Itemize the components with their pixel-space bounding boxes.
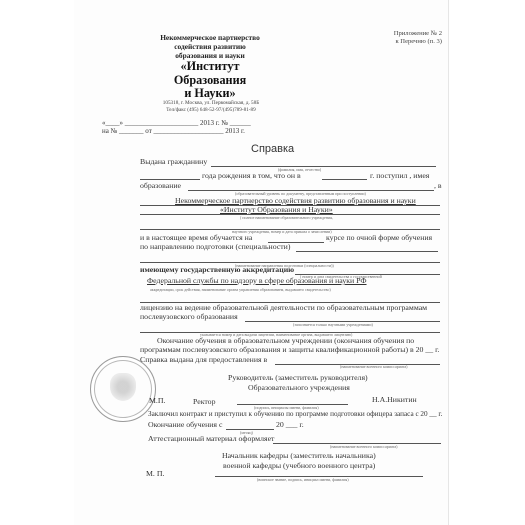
direction-field[interactable] bbox=[296, 251, 438, 252]
org-name-line: Образования bbox=[150, 74, 270, 88]
org-name-line: и Науки» bbox=[150, 87, 270, 101]
org-address: 105318, г. Москва, ул. Первомайская, д. … bbox=[150, 100, 272, 107]
org-phone: Тел/факс (495) 648-52-97/(495)789-81-89 bbox=[150, 107, 272, 114]
entered-text: г. поступил , имея bbox=[370, 171, 429, 180]
completion-line-2: программам послевузовского образования и… bbox=[140, 345, 439, 354]
outgoing-date-line: «____» _____________________ 2013 г. № _… bbox=[102, 119, 251, 127]
appendix-line: Приложение № 2 bbox=[380, 30, 442, 38]
mil-stamp-label: М. П. bbox=[146, 469, 164, 478]
org-name-line: «Институт bbox=[150, 60, 270, 74]
institution-line-1: Некоммерческое партнерство содействия ра… bbox=[175, 196, 416, 205]
chief-title-line-1: Начальник кафедры (заместитель начальник… bbox=[222, 451, 376, 460]
caption-attestation: (наименование военного комиссариата) bbox=[330, 444, 397, 449]
issued-to-label: Выдана гражданину bbox=[140, 157, 207, 166]
institution-line-2: «Институт Образования и Науки» bbox=[220, 205, 333, 214]
fio-field[interactable] bbox=[211, 166, 436, 167]
reference-line: на № _______ от ____________________ 201… bbox=[102, 127, 245, 135]
attestation-label: Аттестационный материал оформляет bbox=[148, 434, 274, 443]
entry-year-field[interactable] bbox=[322, 179, 367, 180]
provided-for-label: Справка выдана для предоставления в bbox=[140, 355, 267, 364]
caption-institution: ( полное наименование образовательного у… bbox=[240, 215, 333, 220]
birth-line-text: года рождения в том, что он в bbox=[202, 171, 301, 180]
rector-label: Ректор bbox=[193, 397, 215, 406]
comma-v: , в bbox=[434, 181, 442, 190]
org-line: Некоммерческое партнерство bbox=[150, 33, 270, 42]
rector-name: Н.А.Никитин bbox=[372, 395, 417, 404]
license-line: лицензию на ведение образовательной деят… bbox=[140, 303, 427, 312]
caption-commissariat: (наименование военного комиссариата) bbox=[340, 364, 407, 369]
direction-label: по направлению подготовки (специальности… bbox=[140, 242, 290, 251]
studies-prefix: и в настоящее время обучается на bbox=[140, 233, 252, 242]
birth-year-field[interactable] bbox=[140, 179, 200, 180]
appendix-line: к Перечню (п. 3) bbox=[380, 38, 442, 46]
coat-of-arms-icon bbox=[110, 373, 136, 401]
mil-completion-prefix: Окончание обучения с bbox=[148, 420, 222, 429]
education-label: образование bbox=[140, 181, 181, 190]
document-title: Справка bbox=[251, 143, 294, 155]
accreditation-label: имеющему государственную аккредитацию bbox=[140, 265, 294, 274]
caption-postgrad: (заполняется только научными учреждениям… bbox=[293, 322, 373, 327]
caption-accreditor: аккредитации, срок действия, наименовани… bbox=[150, 287, 331, 292]
org-line: содействия развитию bbox=[150, 42, 270, 51]
appendix-note: Приложение № 2 к Перечню (п. 3) bbox=[380, 30, 442, 46]
postgrad-label: послевузовского образования bbox=[140, 312, 238, 321]
org-name: «Институт Образования и Науки» bbox=[150, 60, 270, 101]
head-title-line-2: Образовательного учреждения bbox=[248, 383, 350, 392]
studies-suffix: курсе по очной форме обучения bbox=[326, 233, 432, 242]
head-title-line-1: Руководитель (заместитель руководителя) bbox=[228, 373, 368, 382]
stamp-label: М.П. bbox=[149, 396, 165, 405]
caption-chief: (воинское звание, подпись, инициал имени… bbox=[257, 477, 349, 482]
completion-line-1: Окончание обучения в образовательном учр… bbox=[157, 336, 414, 345]
official-seal-stamp bbox=[90, 356, 156, 422]
accreditor-name: Федеральной службы по надзору в сфере об… bbox=[147, 276, 367, 285]
org-contacts: 105318, г. Москва, ул. Первомайская, д. … bbox=[150, 100, 272, 113]
mil-completion-suffix: 20 ___ г. bbox=[276, 420, 304, 429]
org-description: Некоммерческое партнерство содействия ра… bbox=[150, 33, 270, 60]
chief-title-line-2: военной кафедры (учебного военного центр… bbox=[223, 461, 375, 470]
contract-line: Заключил контракт и приступил к обучению… bbox=[148, 410, 442, 418]
